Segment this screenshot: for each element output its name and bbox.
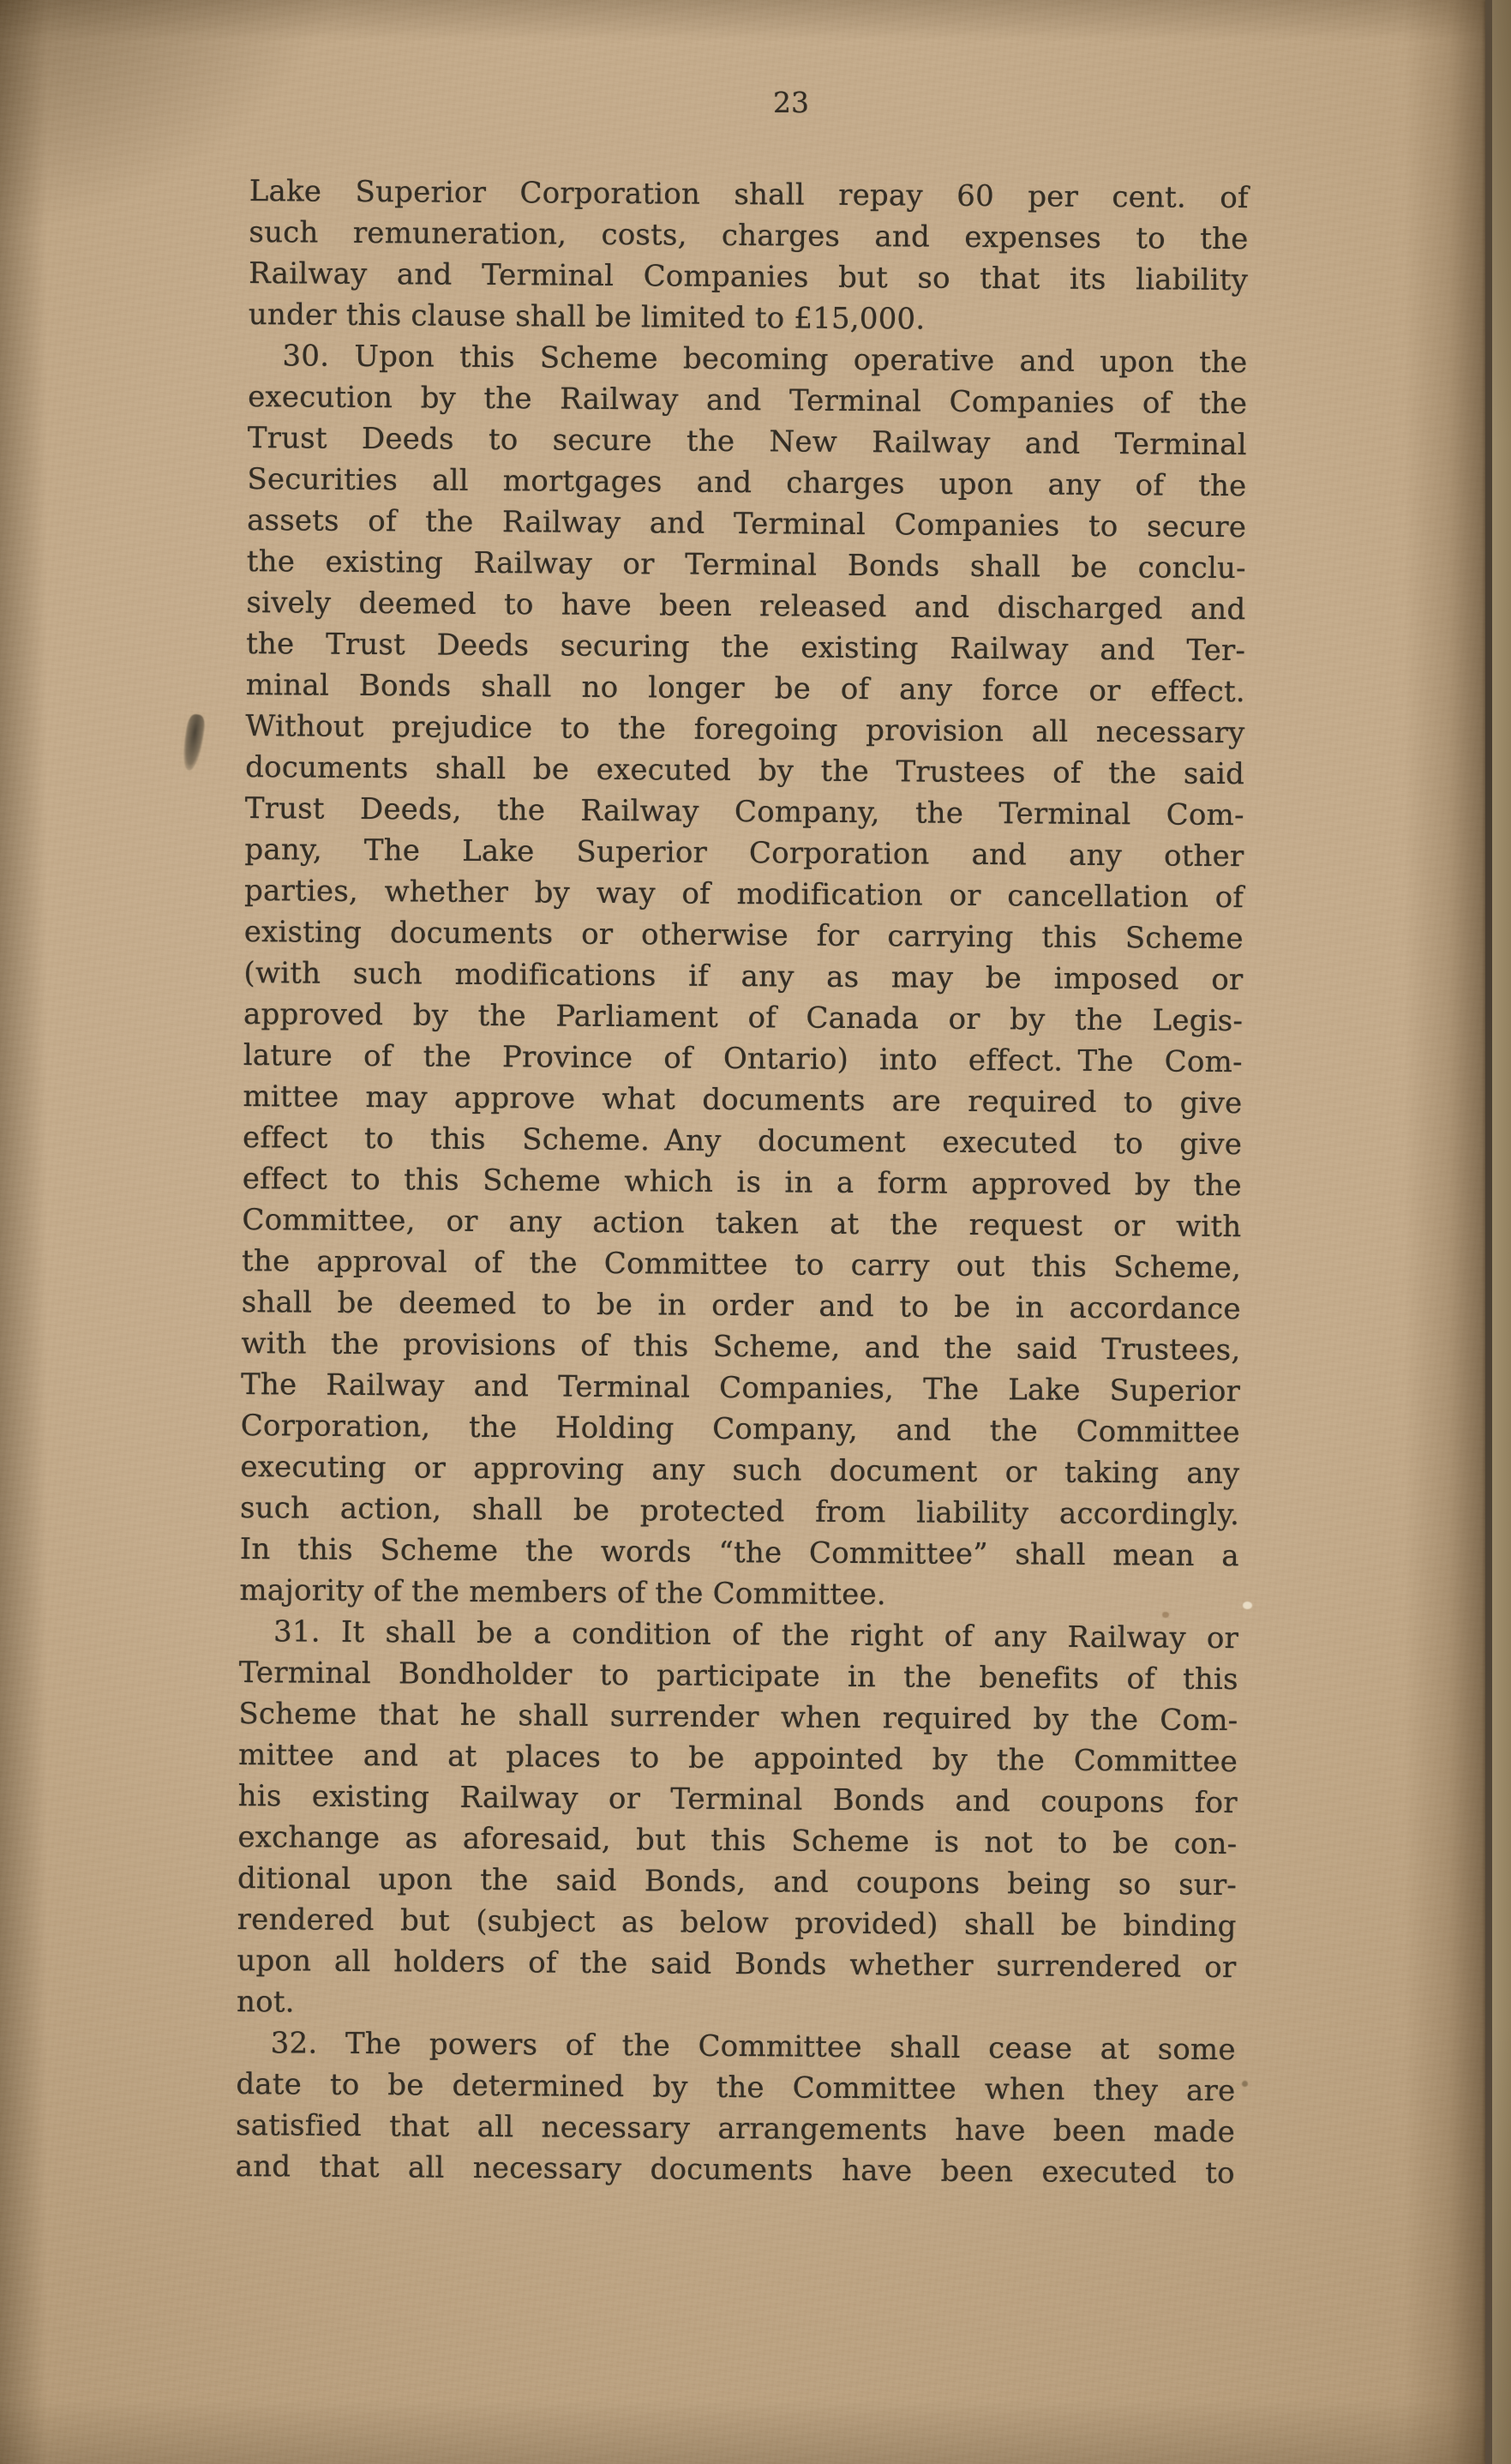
text-line: satisfied that all necessary arrangement… bbox=[236, 2105, 1235, 2153]
text-line: exchange as aforesaid, but this Scheme i… bbox=[237, 1817, 1237, 1865]
page-edge-shadow bbox=[1404, 0, 1487, 2464]
text-line: Terminal Bondholder to participate in th… bbox=[239, 1652, 1238, 1700]
text-line: lature of the Province of Ontario) into … bbox=[243, 1035, 1243, 1083]
text-line: effect to this Scheme which is in a form… bbox=[243, 1158, 1242, 1206]
text-line: rendered but (subject as below provided)… bbox=[237, 1899, 1237, 1947]
text-line: existing documents or otherwise for carr… bbox=[244, 911, 1244, 959]
text-line: Scheme that he shall surrender when requ… bbox=[238, 1693, 1238, 1741]
page-edge-line bbox=[1485, 0, 1492, 2464]
text-line: such remuneration, costs, charges and ex… bbox=[249, 212, 1248, 260]
paper-speck bbox=[1243, 1602, 1252, 1609]
text-line: The Railway and Terminal Companies, The … bbox=[241, 1364, 1240, 1412]
text-line: documents shall be executed by the Trust… bbox=[245, 747, 1244, 795]
text-line: effect to this Scheme. Any document exec… bbox=[243, 1117, 1242, 1165]
text-line: such action, shall be protected from lia… bbox=[240, 1487, 1239, 1535]
text-line: majority of the members of the Committee… bbox=[239, 1570, 1238, 1618]
text-line: Without prejudice to the foregoing provi… bbox=[245, 706, 1244, 754]
text-line: the Trust Deeds securing the existing Ra… bbox=[246, 623, 1245, 671]
text-line: his existing Railway or Terminal Bonds a… bbox=[238, 1776, 1238, 1824]
paper-speck bbox=[1242, 2081, 1248, 2087]
text-line: not. bbox=[237, 1981, 1236, 2029]
text-line: upon all holders of the said Bonds wheth… bbox=[237, 1940, 1236, 1988]
text-line: parties, whether by way of modification … bbox=[244, 870, 1244, 918]
text-line: ditional upon the said Bonds, and coupon… bbox=[237, 1858, 1237, 1906]
book-edge bbox=[1492, 0, 1511, 2464]
text-line: execution by the Railway and Terminal Co… bbox=[248, 376, 1247, 424]
text-line: under this clause shall be limited to £1… bbox=[249, 294, 1248, 342]
text-line: and that all necessary documents have be… bbox=[236, 2146, 1235, 2194]
text-line: sively deemed to have been released and … bbox=[246, 582, 1245, 630]
text-line: with the provisions of this Scheme, and … bbox=[241, 1323, 1240, 1371]
text-line: In this Scheme the words “the Committee”… bbox=[240, 1529, 1239, 1577]
ink-smudge bbox=[180, 713, 207, 772]
text-line: shall be deemed to be in order and to be… bbox=[242, 1282, 1241, 1330]
text-line: minal Bonds shall no longer be of any fo… bbox=[246, 664, 1245, 712]
text-line: Railway and Terminal Companies but so th… bbox=[249, 253, 1248, 301]
text-line: Corporation, the Holding Company, and th… bbox=[241, 1405, 1240, 1453]
paper-speck bbox=[1162, 1612, 1169, 1618]
text-line: 30. Upon this Scheme becoming operative … bbox=[248, 335, 1247, 383]
text-line: Trust Deeds to secure the New Railway an… bbox=[248, 418, 1247, 466]
text-line: mittee may approve what documents are re… bbox=[243, 1076, 1242, 1124]
text-line: the approval of the Committee to carry o… bbox=[242, 1241, 1241, 1289]
text-line: assets of the Railway and Terminal Compa… bbox=[247, 500, 1246, 548]
text-line: (with such modifications if any as may b… bbox=[243, 953, 1243, 1001]
text-line: mittee and at places to be appointed by … bbox=[238, 1734, 1238, 1782]
text-line: Securities all mortgages and charges upo… bbox=[247, 459, 1246, 507]
scanned-page: 23 Lake Superior Corporation shall repay… bbox=[0, 0, 1511, 2464]
page-number: 23 bbox=[729, 86, 853, 120]
text-line: approved by the Parliament of Canada or … bbox=[243, 994, 1243, 1042]
text-line: date to be determined by the Committee w… bbox=[236, 2064, 1235, 2112]
text-line: Trust Deeds, the Railway Company, the Te… bbox=[245, 788, 1244, 836]
text-line: the existing Railway or Terminal Bonds s… bbox=[247, 541, 1246, 589]
text-line: executing or approving any such document… bbox=[240, 1446, 1239, 1494]
page-text: Lake Superior Corporation shall repay 60… bbox=[236, 171, 1249, 2194]
text-line: 32. The powers of the Committee shall ce… bbox=[237, 2022, 1236, 2070]
text-line: Lake Superior Corporation shall repay 60… bbox=[249, 171, 1249, 219]
text-line: 31. It shall be a condition of the right… bbox=[239, 1611, 1238, 1659]
text-line: Committee, or any action taken at the re… bbox=[242, 1199, 1241, 1247]
text-line: pany, The Lake Superior Corporation and … bbox=[244, 829, 1244, 877]
